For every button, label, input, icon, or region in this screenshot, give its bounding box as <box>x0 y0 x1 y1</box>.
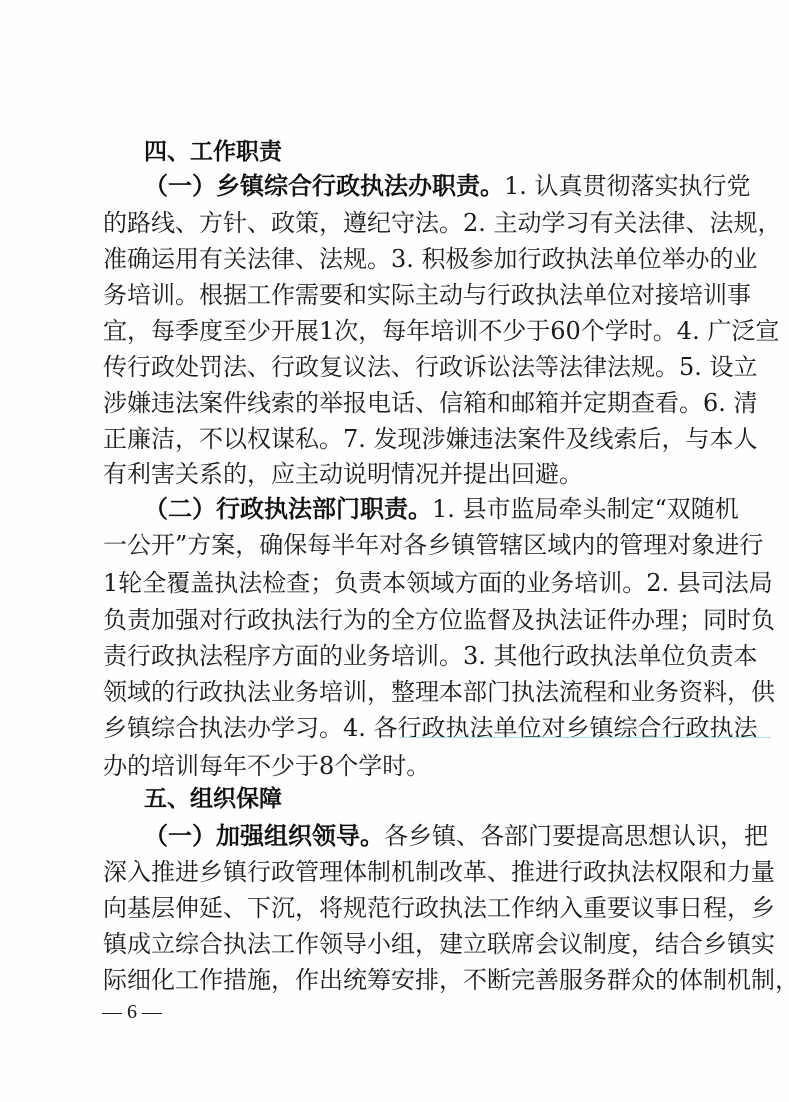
section-heading-organizational-support: 五、组织保障 <box>144 781 282 817</box>
paragraph-line: 宜，每季度至少开展1次，每年培训不少于60个学时。4. 广泛宣 <box>103 313 689 349</box>
subheading-strengthen-leadership: （一）加强组织领导。 <box>144 821 384 850</box>
paragraph-line: 向基层伸延、下沉，将规范行政执法工作纳入重要议事日程，乡 <box>103 890 689 926</box>
paragraph-line: 镇成立综合执法工作领导小组，建立联席会议制度，结合乡镇实 <box>103 926 689 962</box>
paragraph-line: 正廉洁，不以权谋私。7. 发现涉嫌违法案件及线索后，与本人 <box>103 421 689 457</box>
paragraph-line: 1轮全覆盖执法检查；负责本领域方面的业务培训。2. 县司法局 <box>103 565 689 601</box>
paragraph-line: （一）加强组织领导。各乡镇、各部门要提高思想认识，把 <box>144 818 689 854</box>
page-number: — 6 — <box>102 998 162 1026</box>
paragraph-line: 负责加强对行政执法行为的全方位监督及执法证件办理；同时负 <box>103 602 689 638</box>
paragraph-line: 际细化工作措施，作出统筹安排，不断完善服务群众的体制机制， <box>103 962 689 998</box>
subheading-township-office-duties: （一）乡镇综合行政执法办职责。 <box>144 171 504 200</box>
paragraph-text: 1. 认真贯彻落实执行党 <box>504 172 751 200</box>
paragraph-line: 涉嫌违法案件线索的举报电话、信箱和邮箱并定期查看。6. 清 <box>103 385 689 421</box>
paragraph-line: 的路线、方针、政策，遵纪守法。2. 主动学习有关法律、法规， <box>103 205 689 241</box>
paragraph-text: 各乡镇、各部门要提高思想认识，把 <box>384 822 768 850</box>
paragraph-line: 准确运用有关法律、法规。3. 积极参加行政执法单位举办的业 <box>103 241 689 277</box>
paragraph-line: 乡镇综合执法办学习。4. 各行政执法单位对乡镇综合行政执法 <box>103 710 689 746</box>
paragraph-text: 1. 县市监局牵头制定“双随机 <box>432 495 739 523</box>
paragraph-line: 责行政执法程序方面的业务培训。3. 其他行政执法单位负责本 <box>103 638 689 674</box>
paragraph-line: （二）行政执法部门职责。1. 县市监局牵头制定“双随机 <box>144 491 689 527</box>
paragraph-line: 有利害关系的，应主动说明情况并提出回避。 <box>103 456 689 492</box>
document-page: 四、工作职责 （一）乡镇综合行政执法办职责。1. 认真贯彻落实执行党 的路线、方… <box>0 0 789 1102</box>
annotation-underline <box>399 737 771 738</box>
paragraph-line: 办的培训每年不少于8个学时。 <box>103 748 689 784</box>
paragraph-line: 领域的行政执法业务培训，整理本部门执法流程和业务资料，供 <box>103 674 689 710</box>
paragraph-line: 传行政处罚法、行政复议法、行政诉讼法等法律法规。5. 设立 <box>103 349 689 385</box>
section-heading-work-duties: 四、工作职责 <box>144 134 282 170</box>
subheading-enforcement-dept-duties: （二）行政执法部门职责。 <box>144 494 432 523</box>
paragraph-line: 一公开”方案，确保每半年对各乡镇管辖区域内的管理对象进行 <box>103 527 689 563</box>
paragraph-line: （一）乡镇综合行政执法办职责。1. 认真贯彻落实执行党 <box>144 168 689 204</box>
paragraph-line: 务培训。根据工作需要和实际主动与行政执法单位对接培训事 <box>103 277 689 313</box>
paragraph-line: 深入推进乡镇行政管理体制机制改革、推进行政执法权限和力量 <box>103 854 689 890</box>
